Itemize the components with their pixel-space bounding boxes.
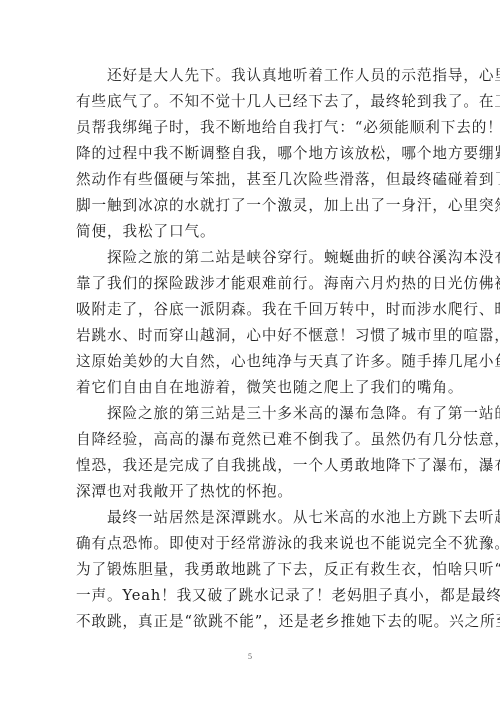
- paragraph-1-line-5: 然动作有些僵硬与笨拙，甚至几次险些滑落，但最终磕碰着到了谷底。: [76, 167, 426, 193]
- paragraph-1-line-3: 员帮我绑绳子时，我不断地给自我打气：“必须能顺利下去的！”在下: [76, 115, 426, 141]
- body-text: 还好是大人先下。我认真地听着工作人员的示范指导，心里渐渐 有些底气了。不知不觉十…: [76, 63, 426, 635]
- paragraph-1-line-2: 有些底气了。不知不觉十几人已经下去了，最终轮到我了。在工作人: [76, 89, 426, 115]
- paragraph-1-line-6: 脚一触到冰凉的水就打了一个激灵，加上出了一身汗，心里突然一阵: [76, 193, 426, 219]
- paragraph-4-line-4: 一声。Yeah！我又破了跳水记录了！老妈胆子真小，都是最终一个了还: [76, 583, 426, 609]
- paragraph-2-line-6: 着它们自由自在地游着，微笑也随之爬上了我们的嘴角。: [76, 375, 426, 401]
- paragraph-2-line-5: 这原始美妙的大自然，心也纯净与天真了许多。随手捧几尾小鱼，看: [76, 349, 426, 375]
- paragraph-3-line-3: 惶恐，我还是完成了自我挑战，一个人勇敢地降下了瀑布，瀑布下的: [76, 453, 426, 479]
- paragraph-1-line-4: 降的过程中我不断调整自我，哪个地方该放松，哪个地方要绷紧。虽: [76, 141, 426, 167]
- paragraph-2-line-4: 岩跳水、时而穿山越洞，心中好不惬意！习惯了城市里的喧嚣，来到: [76, 323, 426, 349]
- paragraph-4-line-5: 不敢跳，真正是“欲跳不能”，还是老乡推她下去的呢。兴之所至，: [76, 609, 426, 635]
- document-page: 还好是大人先下。我认真地听着工作人员的示范指导，心里渐渐 有些底气了。不知不觉十…: [0, 0, 500, 707]
- paragraph-2-line-1: 探险之旅的第二站是峡谷穿行。蜿蜒曲折的峡谷溪沟本没有路，: [76, 245, 426, 271]
- paragraph-4-line-1: 最终一站居然是深潭跳水。从七米高的水池上方跳下去听起来的: [76, 505, 426, 531]
- paragraph-1-line-7: 简便，我松了口气。: [76, 219, 426, 245]
- paragraph-1-line-1: 还好是大人先下。我认真地听着工作人员的示范指导，心里渐渐: [76, 63, 426, 89]
- page-number: 5: [0, 652, 500, 661]
- paragraph-3-line-2: 自降经验，高高的瀑布竟然已难不倒我了。虽然仍有几分怯意，几分: [76, 427, 426, 453]
- paragraph-2-line-3: 吸附走了，谷底一派阴森。我在千回万转中，时而涉水爬行、时而断: [76, 297, 426, 323]
- paragraph-4-line-2: 确有点恐怖。即使对于经常游泳的我来说也不能说完全不犹豫。可是，: [76, 531, 426, 557]
- paragraph-3-line-1: 探险之旅的第三站是三十多米高的瀑布急降。有了第一站的悬崖: [76, 401, 426, 427]
- paragraph-3-line-4: 深潭也对我敞开了热忱的怀抱。: [76, 479, 426, 505]
- paragraph-2-line-2: 靠了我们的探险跋涉才能艰难前行。海南六月灼热的日光仿佛被山崖: [76, 271, 426, 297]
- paragraph-4-line-3: 为了锻炼胆量，我勇敢地跳了下去，反正有救生衣，怕啥只听“扑通”: [76, 557, 426, 583]
